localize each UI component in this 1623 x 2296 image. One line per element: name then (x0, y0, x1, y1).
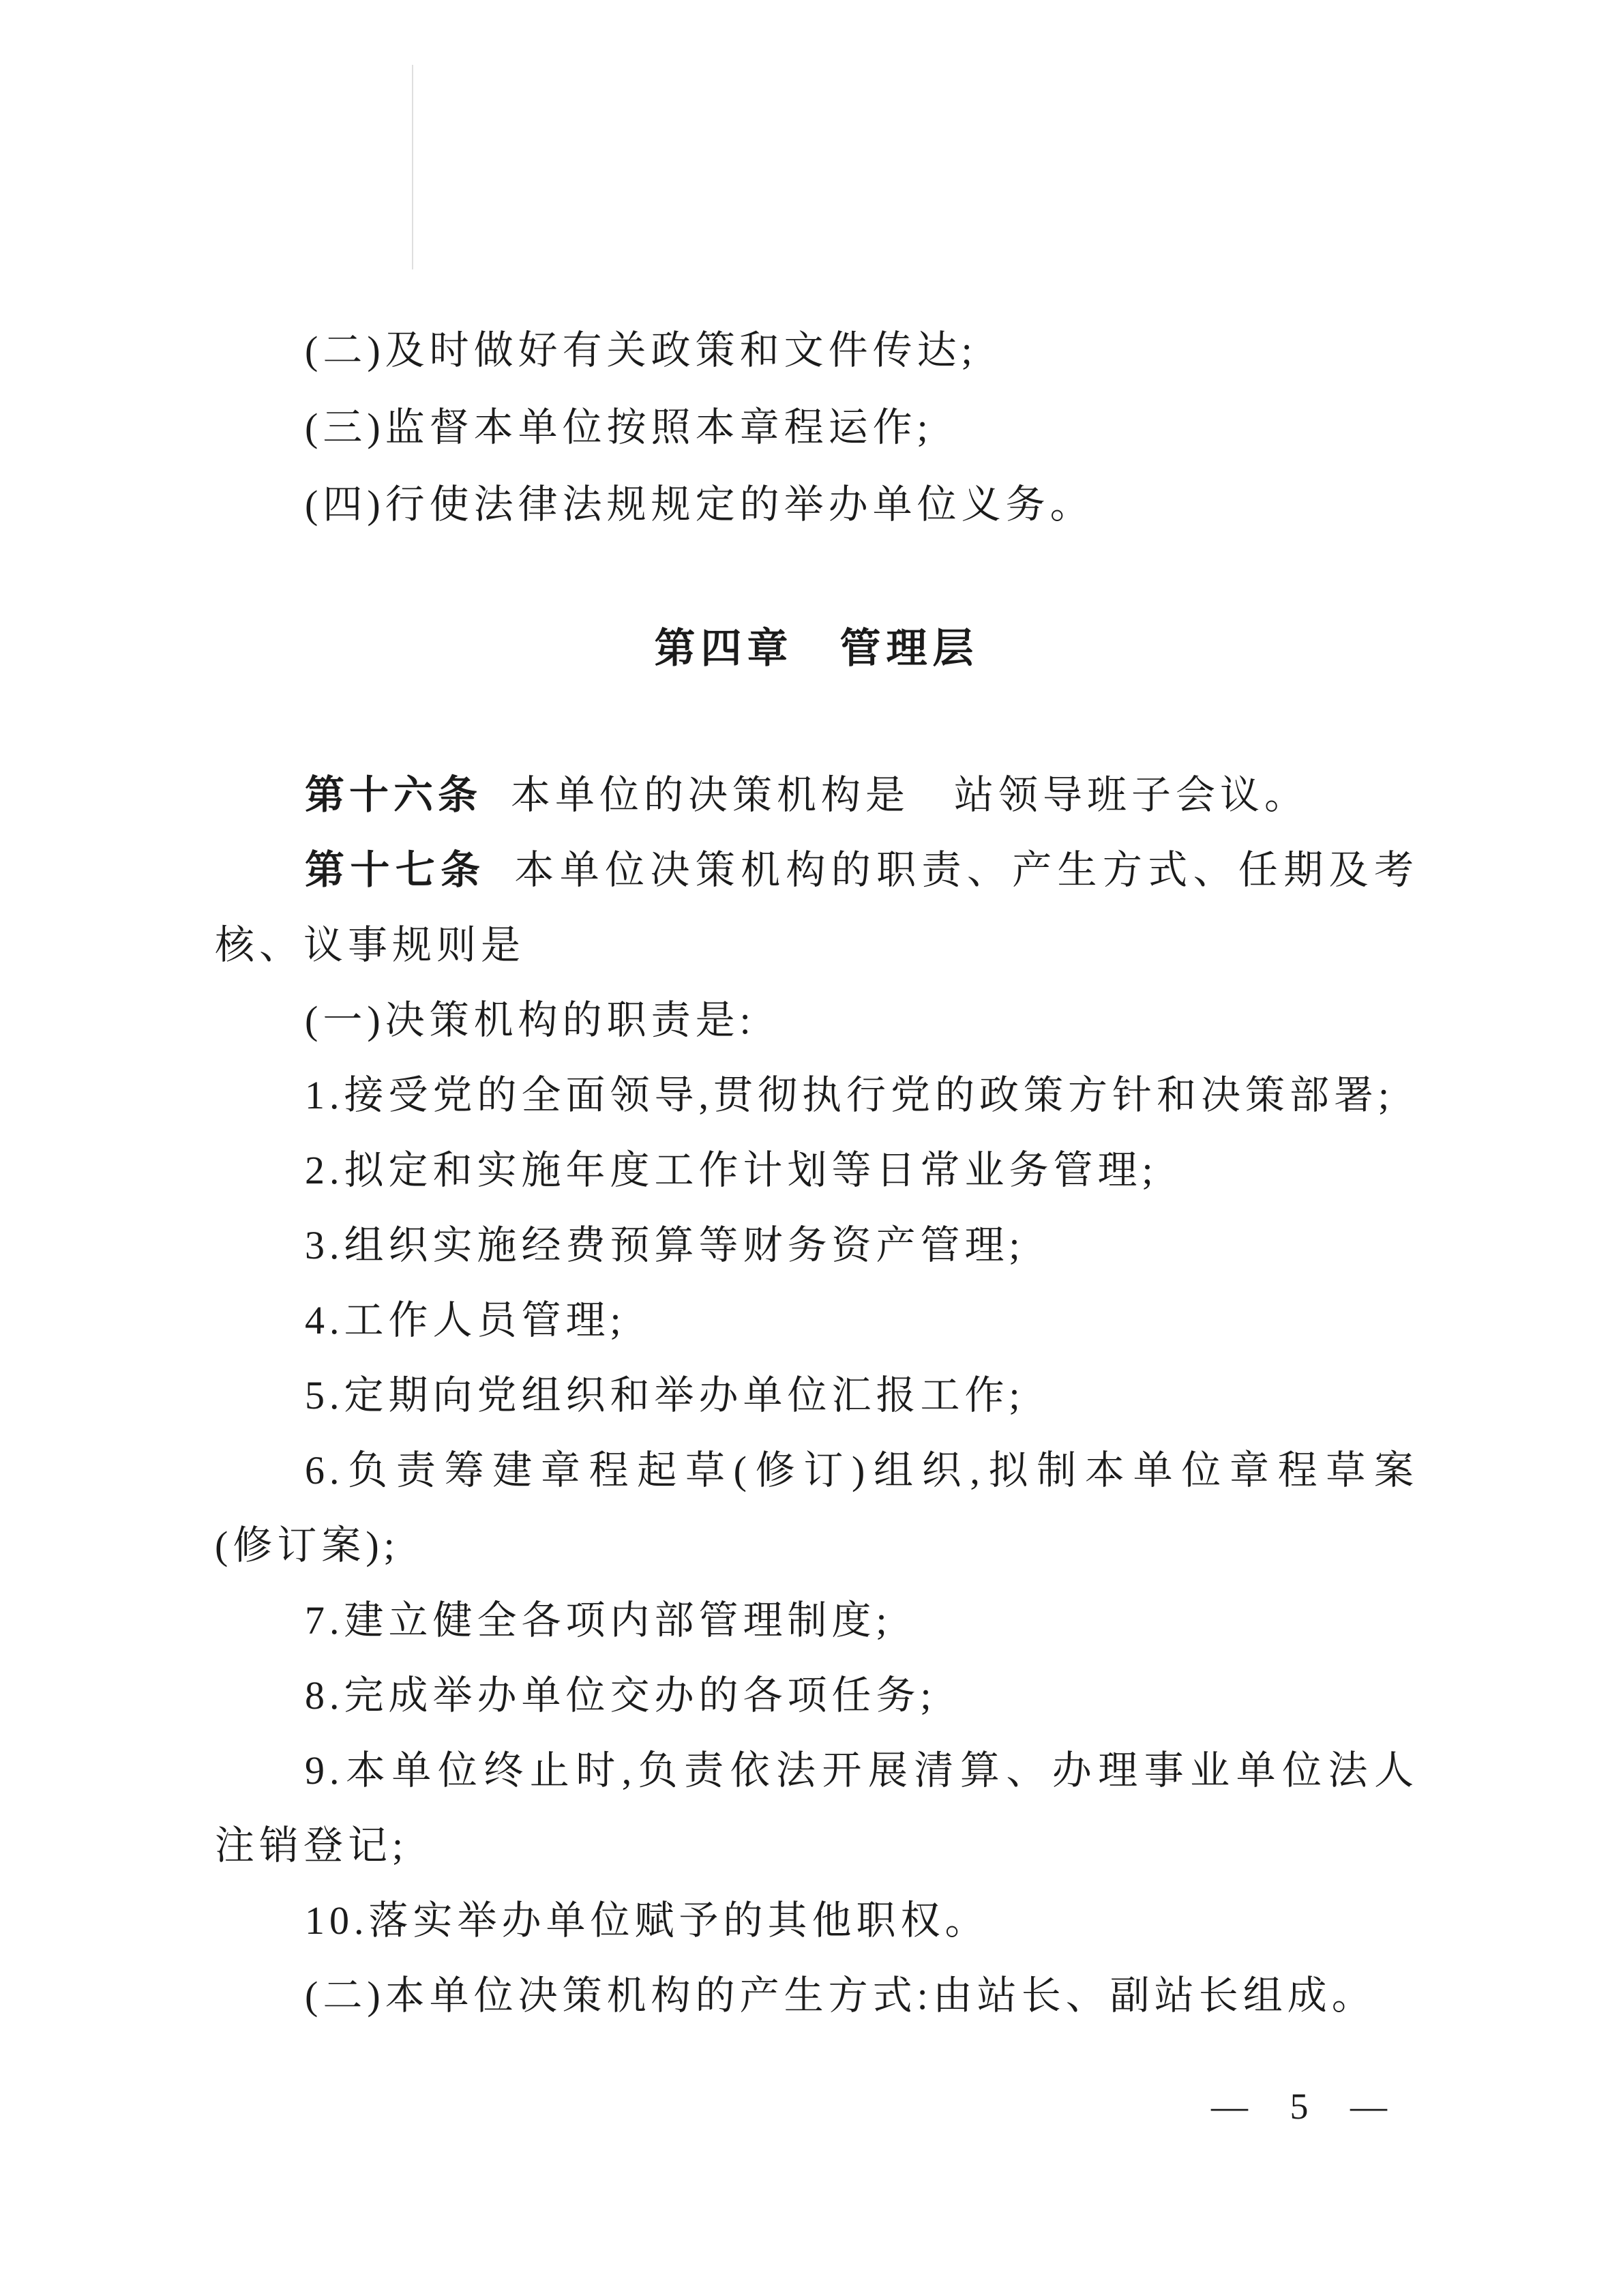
clause-item-2: (二)及时做好有关政策和文件传达; (215, 312, 1418, 389)
chapter-heading: 第四章 管理层 (215, 610, 1418, 687)
article-17-number: 第十七条 (305, 848, 486, 892)
duty-item-9: 9.本单位终止时,负责依法开展清算、办理事业单位法人 (215, 1733, 1418, 1809)
duty-item-4: 4.工作人员管理; (215, 1282, 1418, 1359)
article-17-continuation: 核、议事规则是 (215, 907, 1418, 984)
duty-item-7: 7.建立健全各项内部管理制度; (215, 1583, 1418, 1659)
duty-item-3: 3.组织实施经费预算等财务资产管理; (215, 1207, 1418, 1284)
duty-item-2: 2.拟定和实施年度工作计划等日常业务管理; (215, 1132, 1418, 1209)
article-17-text: 本单位决策机构的职责、产生方式、任期及考 (514, 848, 1418, 892)
duty-list-header: (一)决策机构的职责是: (215, 982, 1418, 1059)
duty-item-10: 10.落实举办单位赋予的其他职权。 (215, 1883, 1418, 1959)
duty-item-6-continuation: (修订案); (215, 1507, 1418, 1584)
clause-item-4: (四)行使法律法规规定的举办单位义务。 (215, 467, 1418, 543)
article-17-line: 第十七条本单位决策机构的职责、产生方式、任期及考 (215, 832, 1418, 909)
article-16-text: 本单位的决策机构是 站领导班子会议。 (511, 773, 1309, 817)
scan-artifact-line (412, 65, 413, 269)
clause-item-3: (三)监督本单位按照本章程运作; (215, 389, 1418, 466)
article-16-line: 第十六条本单位的决策机构是 站领导班子会议。 (215, 757, 1418, 834)
duty-item-9-continuation: 注销登记; (215, 1808, 1418, 1884)
duty-item-5: 5.定期向党组织和举办单位汇报工作; (215, 1357, 1418, 1434)
duty-item-1: 1.接受党的全面领导,贯彻执行党的政策方针和决策部署; (215, 1057, 1418, 1134)
clause-formation-line: (二)本单位决策机构的产生方式:由站长、副站长组成。 (215, 1958, 1418, 2034)
duty-item-6: 6.负责筹建章程起草(修订)组织,拟制本单位章程草案 (215, 1432, 1418, 1509)
duty-item-8: 8.完成举办单位交办的各项任务; (215, 1658, 1418, 1734)
document-page: (二)及时做好有关政策和文件传达; (三)监督本单位按照本章程运作; (四)行使… (0, 0, 1623, 2296)
page-number: — 5 — (1211, 2085, 1403, 2128)
article-16-number: 第十六条 (305, 773, 482, 817)
